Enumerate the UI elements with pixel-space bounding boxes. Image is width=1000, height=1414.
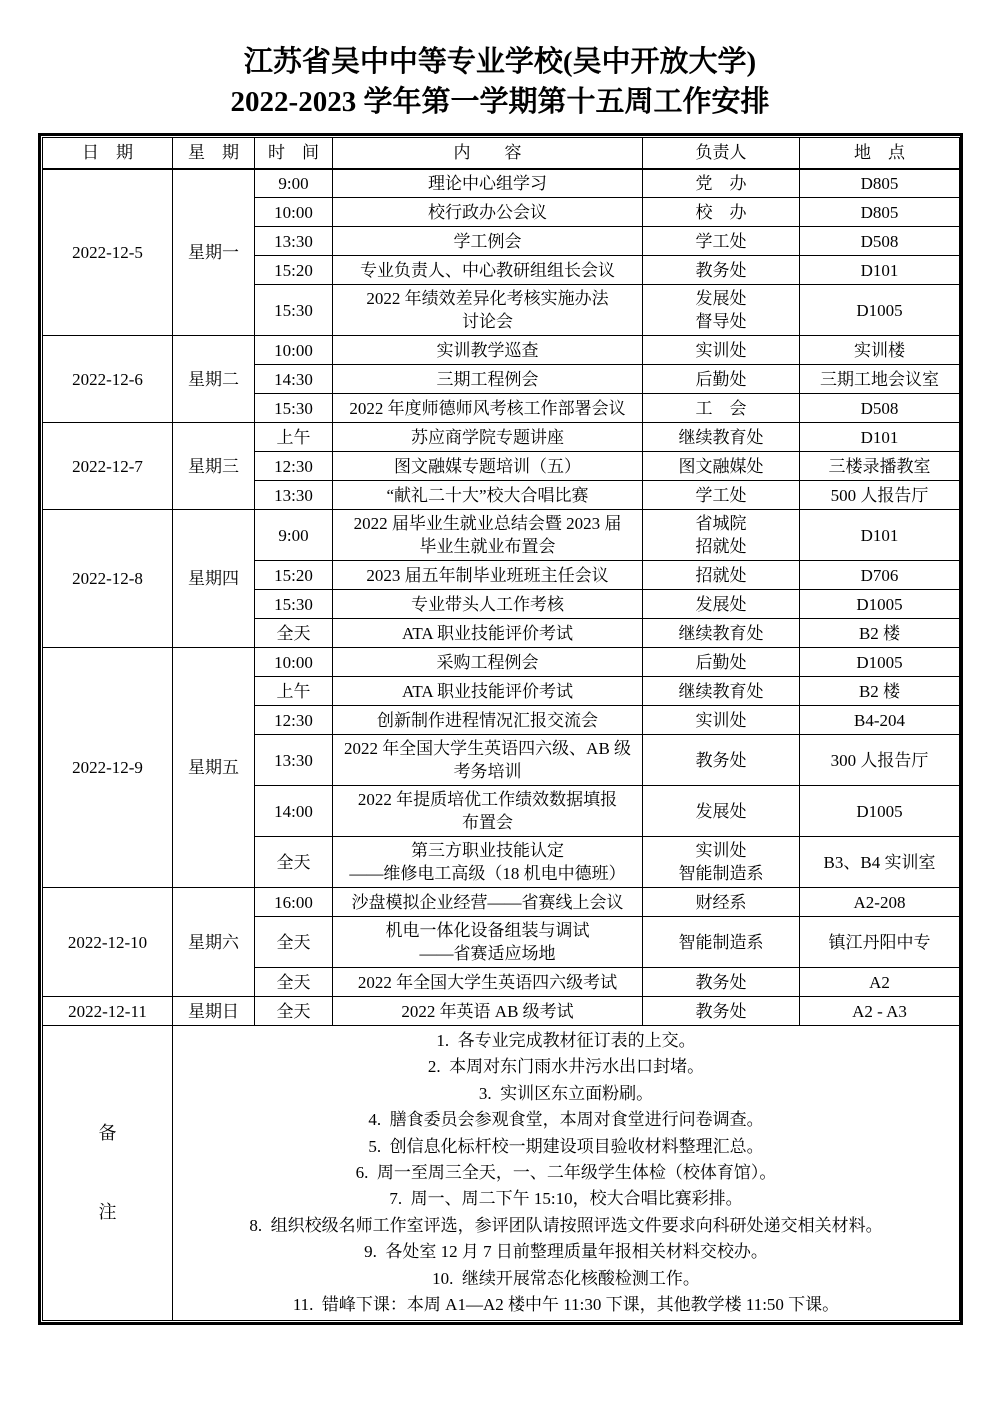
date-cell: 2022-12-11	[43, 997, 173, 1026]
note-item: 11. 错峰下课：本周 A1—A2 楼中午 11:30 下课，其他教学楼 11:…	[177, 1292, 955, 1318]
notes-row: 备 注 1. 各专业完成教材征订表的上交。 2. 本周对东门雨水井污水出口封堵。…	[43, 1026, 960, 1321]
weekday-cell: 星期二	[173, 336, 255, 423]
location-cell: 实训楼	[800, 336, 960, 365]
schedule-row: 2022-12-5 星期一 9:00 理论中心组学习 党 办 D805	[43, 169, 960, 198]
person-cell: 省城院 招就处	[643, 510, 800, 561]
location-cell: D1005	[800, 285, 960, 336]
content-cell: ATA 职业技能评价考试	[333, 619, 643, 648]
location-cell: D706	[800, 561, 960, 590]
date-cell: 2022-12-8	[43, 510, 173, 648]
location-cell: D101	[800, 510, 960, 561]
person-cell: 招就处	[643, 561, 800, 590]
content-cell: 第三方职业技能认定 ——维修电工高级（18 机电中德班）	[333, 837, 643, 888]
content-cell: 校行政办公会议	[333, 198, 643, 227]
notes-cell: 1. 各专业完成教材征订表的上交。 2. 本周对东门雨水井污水出口封堵。 3. …	[173, 1026, 960, 1321]
page-title-line1: 江苏省吴中中等专业学校(吴中开放大学)	[0, 42, 1000, 82]
content-cell: 2022 年全国大学生英语四六级考试	[333, 968, 643, 997]
location-cell: D1005	[800, 590, 960, 619]
person-cell: 后勤处	[643, 365, 800, 394]
location-cell: 三楼录播教室	[800, 452, 960, 481]
content-cell: 理论中心组学习	[333, 169, 643, 198]
notes-label: 备 注	[43, 1026, 173, 1321]
location-cell: 300 人报告厅	[800, 735, 960, 786]
person-cell: 学工处	[643, 227, 800, 256]
person-cell: 继续教育处	[643, 423, 800, 452]
person-cell: 实训处	[643, 336, 800, 365]
time-cell: 13:30	[255, 481, 333, 510]
person-cell: 工 会	[643, 394, 800, 423]
col-header-location: 地 点	[800, 138, 960, 169]
person-cell: 学工处	[643, 481, 800, 510]
schedule-row: 2022-12-7 星期三 上午 苏应商学院专题讲座 继续教育处 D101	[43, 423, 960, 452]
time-cell: 13:30	[255, 735, 333, 786]
note-item: 4. 膳食委员会参观食堂，本周对食堂进行问卷调查。	[177, 1107, 955, 1133]
date-cell: 2022-12-9	[43, 648, 173, 888]
date-cell: 2022-12-5	[43, 169, 173, 336]
time-cell: 12:30	[255, 452, 333, 481]
time-cell: 10:00	[255, 648, 333, 677]
notes-label-char-zhu: 注	[99, 1201, 117, 1224]
schedule-row: 2022-12-9 星期五 10:00 采购工程例会 后勤处 D1005	[43, 648, 960, 677]
person-cell: 发展处	[643, 590, 800, 619]
content-cell: 实训教学巡查	[333, 336, 643, 365]
schedule-table: 日 期 星 期 时 间 内 容 负责人 地 点 2022-12-5 星期一 9:…	[42, 137, 960, 1321]
time-cell: 全天	[255, 917, 333, 968]
content-cell: 专业带头人工作考核	[333, 590, 643, 619]
weekday-cell: 星期四	[173, 510, 255, 648]
person-cell: 继续教育处	[643, 619, 800, 648]
location-cell: D508	[800, 394, 960, 423]
person-cell: 教务处	[643, 256, 800, 285]
time-cell: 15:20	[255, 561, 333, 590]
note-item: 2. 本周对东门雨水井污水出口封堵。	[177, 1054, 955, 1080]
content-cell: 2022 年全国大学生英语四六级、AB 级 考务培训	[333, 735, 643, 786]
note-item: 9. 各处室 12 月 7 日前整理质量年报相关材料交校办。	[177, 1239, 955, 1265]
schedule-row: 2022-12-10 星期六 16:00 沙盘模拟企业经营——省赛线上会议 财经…	[43, 888, 960, 917]
schedule-table-frame: 日 期 星 期 时 间 内 容 负责人 地 点 2022-12-5 星期一 9:…	[38, 133, 963, 1325]
location-cell: D101	[800, 256, 960, 285]
schedule-row: 2022-12-6 星期二 10:00 实训教学巡查 实训处 实训楼	[43, 336, 960, 365]
schedule-row: 2022-12-11 星期日 全天 2022 年英语 AB 级考试 教务处 A2…	[43, 997, 960, 1026]
col-header-time: 时 间	[255, 138, 333, 169]
person-cell: 教务处	[643, 735, 800, 786]
time-cell: 上午	[255, 423, 333, 452]
time-cell: 15:30	[255, 394, 333, 423]
col-header-content: 内 容	[333, 138, 643, 169]
person-cell: 实训处	[643, 706, 800, 735]
note-item: 7. 周一、周二下午 15:10，校大合唱比赛彩排。	[177, 1186, 955, 1212]
weekday-cell: 星期日	[173, 997, 255, 1026]
location-cell: 镇江丹阳中专	[800, 917, 960, 968]
person-cell: 教务处	[643, 997, 800, 1026]
time-cell: 9:00	[255, 169, 333, 198]
col-header-person: 负责人	[643, 138, 800, 169]
content-cell: 2022 年提质培优工作绩效数据填报 布置会	[333, 786, 643, 837]
weekday-cell: 星期六	[173, 888, 255, 997]
page-title-line2: 2022-2023 学年第一学期第十五周工作安排	[0, 82, 1000, 122]
time-cell: 14:30	[255, 365, 333, 394]
time-cell: 9:00	[255, 510, 333, 561]
time-cell: 全天	[255, 997, 333, 1026]
header-row: 日 期 星 期 时 间 内 容 负责人 地 点	[43, 138, 960, 169]
location-cell: D805	[800, 198, 960, 227]
location-cell: D101	[800, 423, 960, 452]
note-item: 8. 组织校级名师工作室评选，参评团队请按照评选文件要求向科研处递交相关材料。	[177, 1213, 955, 1239]
content-cell: 采购工程例会	[333, 648, 643, 677]
note-item: 1. 各专业完成教材征订表的上交。	[177, 1028, 955, 1054]
time-cell: 15:30	[255, 285, 333, 336]
time-cell: 14:00	[255, 786, 333, 837]
person-cell: 后勤处	[643, 648, 800, 677]
time-cell: 15:20	[255, 256, 333, 285]
content-cell: 图文融媒专题培训（五）	[333, 452, 643, 481]
content-cell: 2023 届五年制毕业班班主任会议	[333, 561, 643, 590]
content-cell: 学工例会	[333, 227, 643, 256]
location-cell: A2-208	[800, 888, 960, 917]
content-cell: 机电一体化设备组装与调试 ——省赛适应场地	[333, 917, 643, 968]
time-cell: 12:30	[255, 706, 333, 735]
content-cell: 三期工程例会	[333, 365, 643, 394]
col-header-date: 日 期	[43, 138, 173, 169]
note-item: 10. 继续开展常态化核酸检测工作。	[177, 1266, 955, 1292]
person-cell: 发展处 督导处	[643, 285, 800, 336]
person-cell: 发展处	[643, 786, 800, 837]
weekday-cell: 星期五	[173, 648, 255, 888]
person-cell: 实训处 智能制造系	[643, 837, 800, 888]
location-cell: D805	[800, 169, 960, 198]
person-cell: 图文融媒处	[643, 452, 800, 481]
location-cell: 500 人报告厅	[800, 481, 960, 510]
weekday-cell: 星期三	[173, 423, 255, 510]
date-cell: 2022-12-7	[43, 423, 173, 510]
content-cell: 沙盘模拟企业经营——省赛线上会议	[333, 888, 643, 917]
content-cell: 专业负责人、中心教研组组长会议	[333, 256, 643, 285]
location-cell: A2	[800, 968, 960, 997]
time-cell: 10:00	[255, 198, 333, 227]
location-cell: B2 楼	[800, 619, 960, 648]
person-cell: 校 办	[643, 198, 800, 227]
content-cell: “献礼二十大”校大合唱比赛	[333, 481, 643, 510]
person-cell: 教务处	[643, 968, 800, 997]
time-cell: 全天	[255, 837, 333, 888]
person-cell: 继续教育处	[643, 677, 800, 706]
content-cell: 苏应商学院专题讲座	[333, 423, 643, 452]
time-cell: 13:30	[255, 227, 333, 256]
location-cell: 三期工地会议室	[800, 365, 960, 394]
note-item: 3. 实训区东立面粉刷。	[177, 1081, 955, 1107]
content-cell: 2022 年英语 AB 级考试	[333, 997, 643, 1026]
location-cell: A2 - A3	[800, 997, 960, 1026]
time-cell: 15:30	[255, 590, 333, 619]
time-cell: 10:00	[255, 336, 333, 365]
location-cell: B3、B4 实训室	[800, 837, 960, 888]
content-cell: ATA 职业技能评价考试	[333, 677, 643, 706]
person-cell: 财经系	[643, 888, 800, 917]
location-cell: D1005	[800, 786, 960, 837]
content-cell: 2022 年绩效差异化考核实施办法 讨论会	[333, 285, 643, 336]
location-cell: D508	[800, 227, 960, 256]
notes-label-char-bei: 备	[99, 1122, 117, 1145]
date-cell: 2022-12-6	[43, 336, 173, 423]
time-cell: 全天	[255, 968, 333, 997]
content-cell: 2022 届毕业生就业总结会暨 2023 届 毕业生就业布置会	[333, 510, 643, 561]
content-cell: 2022 年度师德师风考核工作部署会议	[333, 394, 643, 423]
person-cell: 党 办	[643, 169, 800, 198]
note-item: 5. 创信息化标杆校一期建设项目验收材料整理汇总。	[177, 1134, 955, 1160]
date-cell: 2022-12-10	[43, 888, 173, 997]
time-cell: 16:00	[255, 888, 333, 917]
document-page: 江苏省吴中中等专业学校(吴中开放大学) 2022-2023 学年第一学期第十五周…	[0, 0, 1000, 1325]
location-cell: B4-204	[800, 706, 960, 735]
note-item: 6. 周一至周三全天，一、二年级学生体检（校体育馆）。	[177, 1160, 955, 1186]
person-cell: 智能制造系	[643, 917, 800, 968]
col-header-weekday: 星 期	[173, 138, 255, 169]
time-cell: 全天	[255, 619, 333, 648]
weekday-cell: 星期一	[173, 169, 255, 336]
schedule-row: 2022-12-8 星期四 9:00 2022 届毕业生就业总结会暨 2023 …	[43, 510, 960, 561]
location-cell: B2 楼	[800, 677, 960, 706]
content-cell: 创新制作进程情况汇报交流会	[333, 706, 643, 735]
location-cell: D1005	[800, 648, 960, 677]
time-cell: 上午	[255, 677, 333, 706]
